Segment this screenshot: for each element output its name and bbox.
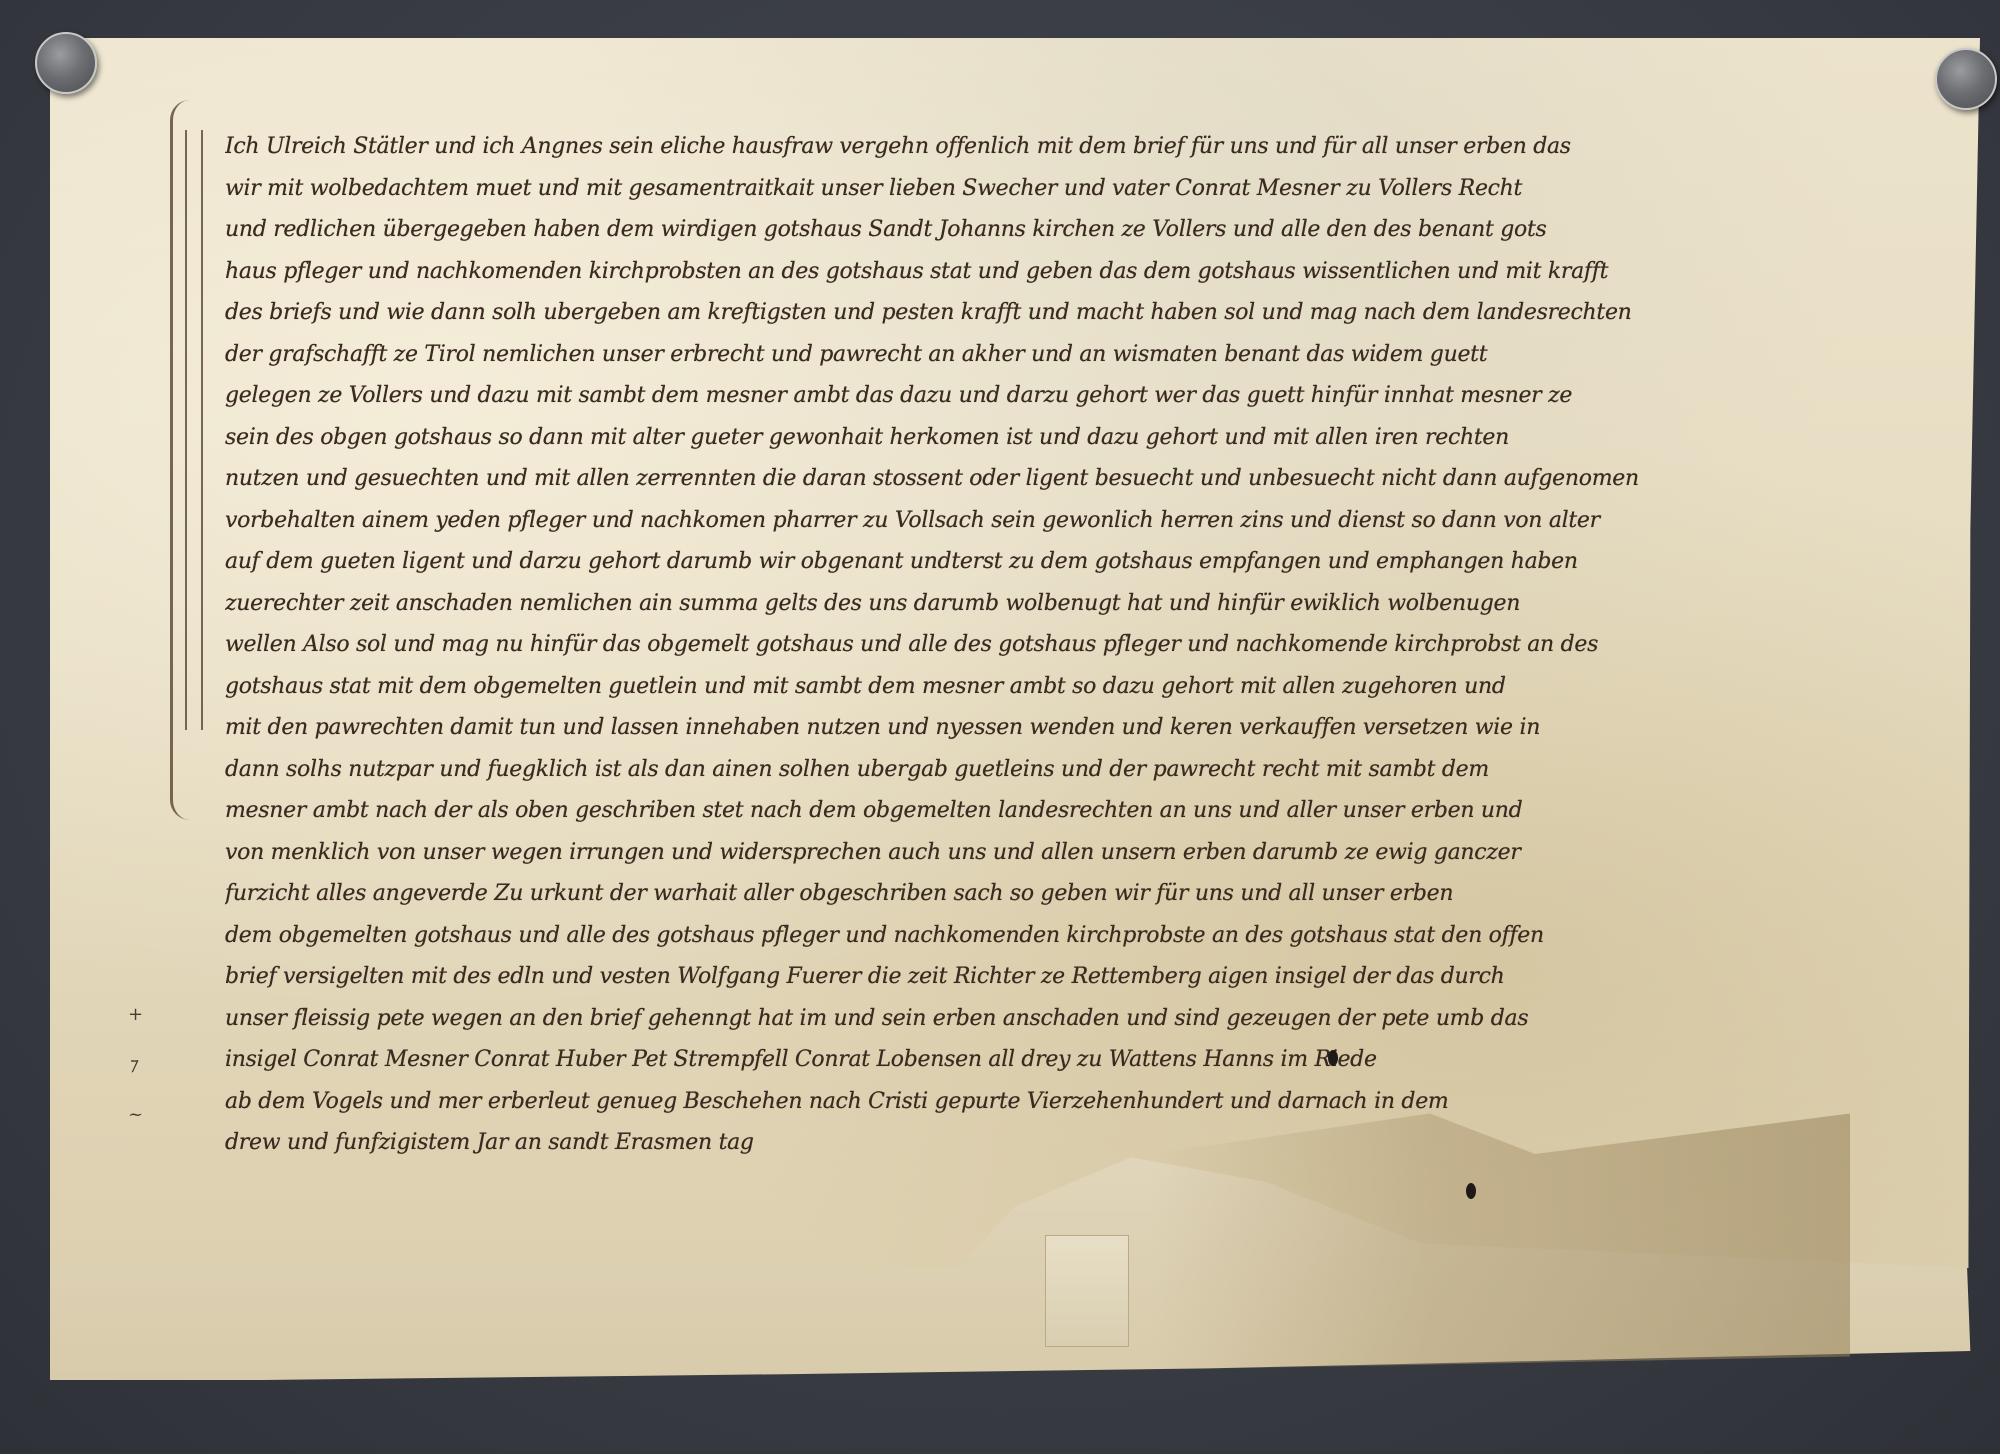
text-line: auf dem gueten ligent und darzu gehort d… <box>225 541 1865 583</box>
text-line: vorbehalten ainem yeden pfleger und nach… <box>225 500 1865 542</box>
text-line: der grafschafft ze Tirol nemlichen unser… <box>225 334 1865 376</box>
text-line: nutzen und gesuechten und mit allen zerr… <box>225 458 1865 500</box>
seal-tag-strip <box>1045 1235 1129 1347</box>
text-line: dem obgemelten gotshaus und alle des got… <box>225 915 1865 957</box>
margin-mark: + <box>128 990 168 1040</box>
mounting-magnet-icon <box>35 32 97 94</box>
margin-marks: + ⁊ ~ <box>128 990 168 1140</box>
mounting-magnet-icon <box>1935 48 1997 110</box>
text-line: mit den pawrechten damit tun und lassen … <box>225 707 1865 749</box>
text-line: Ich Ulreich Stätler und ich Angnes sein … <box>225 126 1865 168</box>
text-line: und redlichen übergegeben haben dem wird… <box>225 209 1865 251</box>
text-line: ab dem Vogels und mer erberleut genueg B… <box>225 1081 1865 1123</box>
text-line: unser fleissig pete wegen an den brief g… <box>225 998 1865 1040</box>
text-line: von menklich von unser wegen irrungen un… <box>225 832 1865 874</box>
text-line: gotshaus stat mit dem obgemelten guetlei… <box>225 666 1865 708</box>
text-line: drew und funfzigistem Jar an sandt Erasm… <box>225 1122 1865 1164</box>
charter-text: Ich Ulreich Stätler und ich Angnes sein … <box>225 126 1865 1164</box>
text-line: furzicht alles angeverde Zu urkunt der w… <box>225 873 1865 915</box>
text-line: dann solhs nutzpar und fuegklich ist als… <box>225 749 1865 791</box>
margin-mark: ~ <box>128 1090 168 1140</box>
text-line: haus pfleger und nachkomenden kirchprobs… <box>225 251 1865 293</box>
text-line: sein des obgen gotshaus so dann mit alte… <box>225 417 1865 459</box>
text-line: brief versigelten mit des edln und veste… <box>225 956 1865 998</box>
text-line: wir mit wolbedachtem muet und mit gesame… <box>225 168 1865 210</box>
text-line: wellen Also sol und mag nu hinfür das ob… <box>225 624 1865 666</box>
decorated-initial-i <box>170 100 213 820</box>
parchment-hole <box>1328 1050 1338 1066</box>
text-line: insigel Conrat Mesner Conrat Huber Pet S… <box>225 1039 1865 1081</box>
text-line: des briefs und wie dann solh ubergeben a… <box>225 292 1865 334</box>
parchment-hole <box>1466 1183 1476 1199</box>
text-line: zuerechter zeit anschaden nemlichen ain … <box>225 583 1865 625</box>
margin-mark: ⁊ <box>128 1040 168 1090</box>
text-line: mesner ambt nach der als oben geschriben… <box>225 790 1865 832</box>
text-line: gelegen ze Vollers und dazu mit sambt de… <box>225 375 1865 417</box>
